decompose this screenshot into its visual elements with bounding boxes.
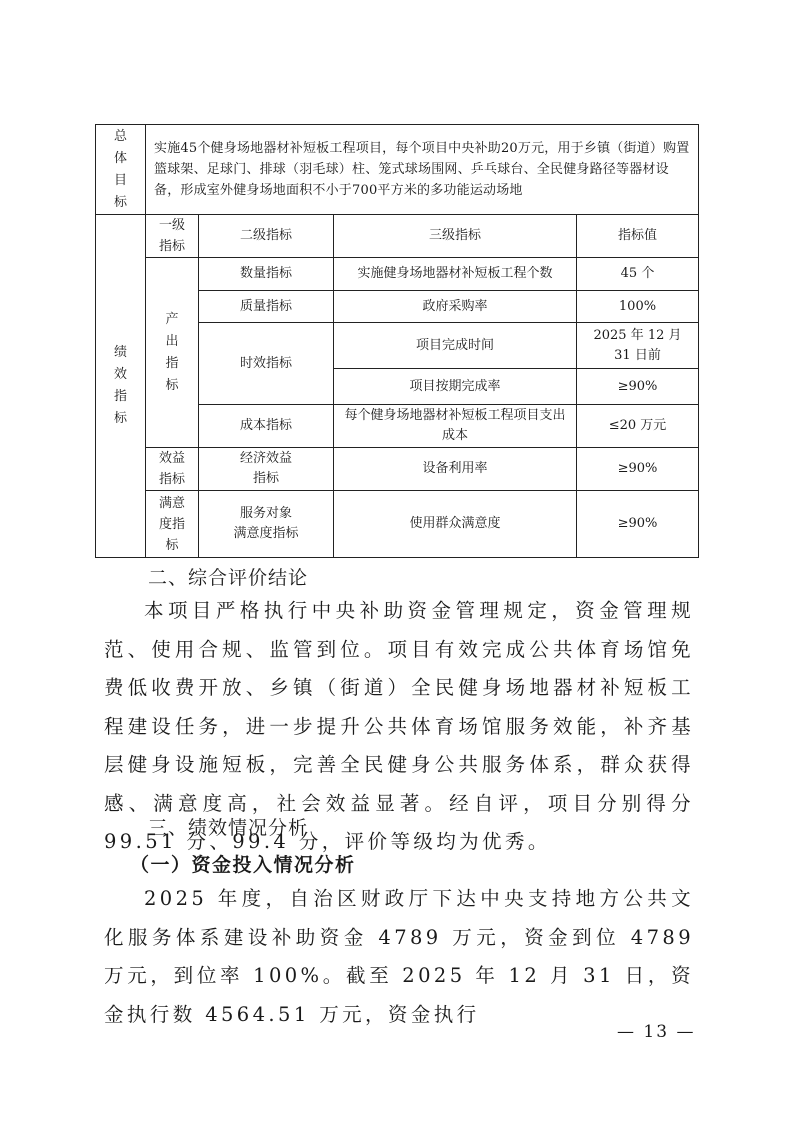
benefit-level2: 经济效益指标 <box>199 448 334 491</box>
page-number: — 13 — <box>617 1022 695 1042</box>
perf-label: 绩效指标 <box>114 342 128 430</box>
section3-heading: 三、绩效情况分析 <box>148 813 308 840</box>
goal-text: 实施45个健身场地器材补短板工程项目，每个项目中央补助20万元，用于乡镇（街道）… <box>146 125 699 215</box>
satisfaction-level3: 使用群众满意度 <box>334 491 577 558</box>
benefit-level1-text: 效益指标 <box>158 448 186 490</box>
goal-label-cell: 总体目标 <box>96 125 146 215</box>
cost-level3-text: 每个健身场地器材补短板工程项目支出成本 <box>340 406 570 446</box>
benefit-level1: 效益指标 <box>146 448 199 491</box>
satisfaction-level2: 服务对象 满意度指标 <box>199 491 334 558</box>
output-label: 产出指标 <box>165 309 179 397</box>
quantity-level2: 数量指标 <box>199 258 334 291</box>
cost-value: ≤20 万元 <box>577 405 699 448</box>
goal-label: 总体目标 <box>114 126 128 214</box>
timeliness-2-value: ≥90% <box>577 369 699 405</box>
quantity-level3: 实施健身场地器材补短板工程个数 <box>334 258 577 291</box>
performance-goals-table: 总体目标 实施45个健身场地器材补短板工程项目，每个项目中央补助20万元，用于乡… <box>95 124 699 558</box>
quality-value: 100% <box>577 291 699 323</box>
satisfaction-level1: 满意度指标 <box>146 491 199 558</box>
section2-heading: 二、综合评价结论 <box>148 563 308 590</box>
cost-level2: 成本指标 <box>199 405 334 448</box>
satisfaction-value: ≥90% <box>577 491 699 558</box>
timeliness-2-level3: 项目按期完成率 <box>334 369 577 405</box>
benefit-level2-text: 经济效益指标 <box>238 449 294 489</box>
table-row-quantity: 产出指标 数量指标 实施健身场地器材补短板工程个数 45 个 <box>96 258 699 291</box>
goal-row: 总体目标 实施45个健身场地器材补短板工程项目，每个项目中央补助20万元，用于乡… <box>96 125 699 215</box>
output-label-cell: 产出指标 <box>146 258 199 448</box>
table-row-benefit: 效益指标 经济效益指标 设备利用率 ≥90% <box>96 448 699 491</box>
quality-level3: 政府采购率 <box>334 291 577 323</box>
section3-subheading: （一）资金投入情况分析 <box>130 850 356 877</box>
header-level1-text: 一级指标 <box>158 215 186 257</box>
section3-paragraph: 2025 年度，自治区财政厅下达中央支持地方公共文化服务体系建设补助资金 478… <box>104 880 694 1034</box>
timeliness-1-value: 2025 年 12 月 31 日前 <box>577 323 699 369</box>
header-level1: 一级指标 <box>146 215 199 258</box>
quantity-value: 45 个 <box>577 258 699 291</box>
benefit-value: ≥90% <box>577 448 699 491</box>
satisfaction-level2-line1: 服务对象 <box>203 504 329 524</box>
header-row: 绩效指标 一级指标 二级指标 三级指标 指标值 <box>96 215 699 258</box>
satisfaction-level2-line2: 满意度指标 <box>203 524 329 544</box>
header-level2: 二级指标 <box>199 215 334 258</box>
benefit-level3: 设备利用率 <box>334 448 577 491</box>
quality-level2: 质量指标 <box>199 291 334 323</box>
timeliness-1-level3: 项目完成时间 <box>334 323 577 369</box>
cost-level3: 每个健身场地器材补短板工程项目支出成本 <box>334 405 577 448</box>
table-row-satisfaction: 满意度指标 服务对象 满意度指标 使用群众满意度 ≥90% <box>96 491 699 558</box>
timeliness-level2: 时效指标 <box>199 323 334 405</box>
satisfaction-level1-text: 满意度指标 <box>158 493 186 556</box>
perf-label-cell: 绩效指标 <box>96 215 146 558</box>
header-value: 指标值 <box>577 215 699 258</box>
timeliness-1-value-text: 2025 年 12 月 31 日前 <box>588 326 688 366</box>
header-level3: 三级指标 <box>334 215 577 258</box>
